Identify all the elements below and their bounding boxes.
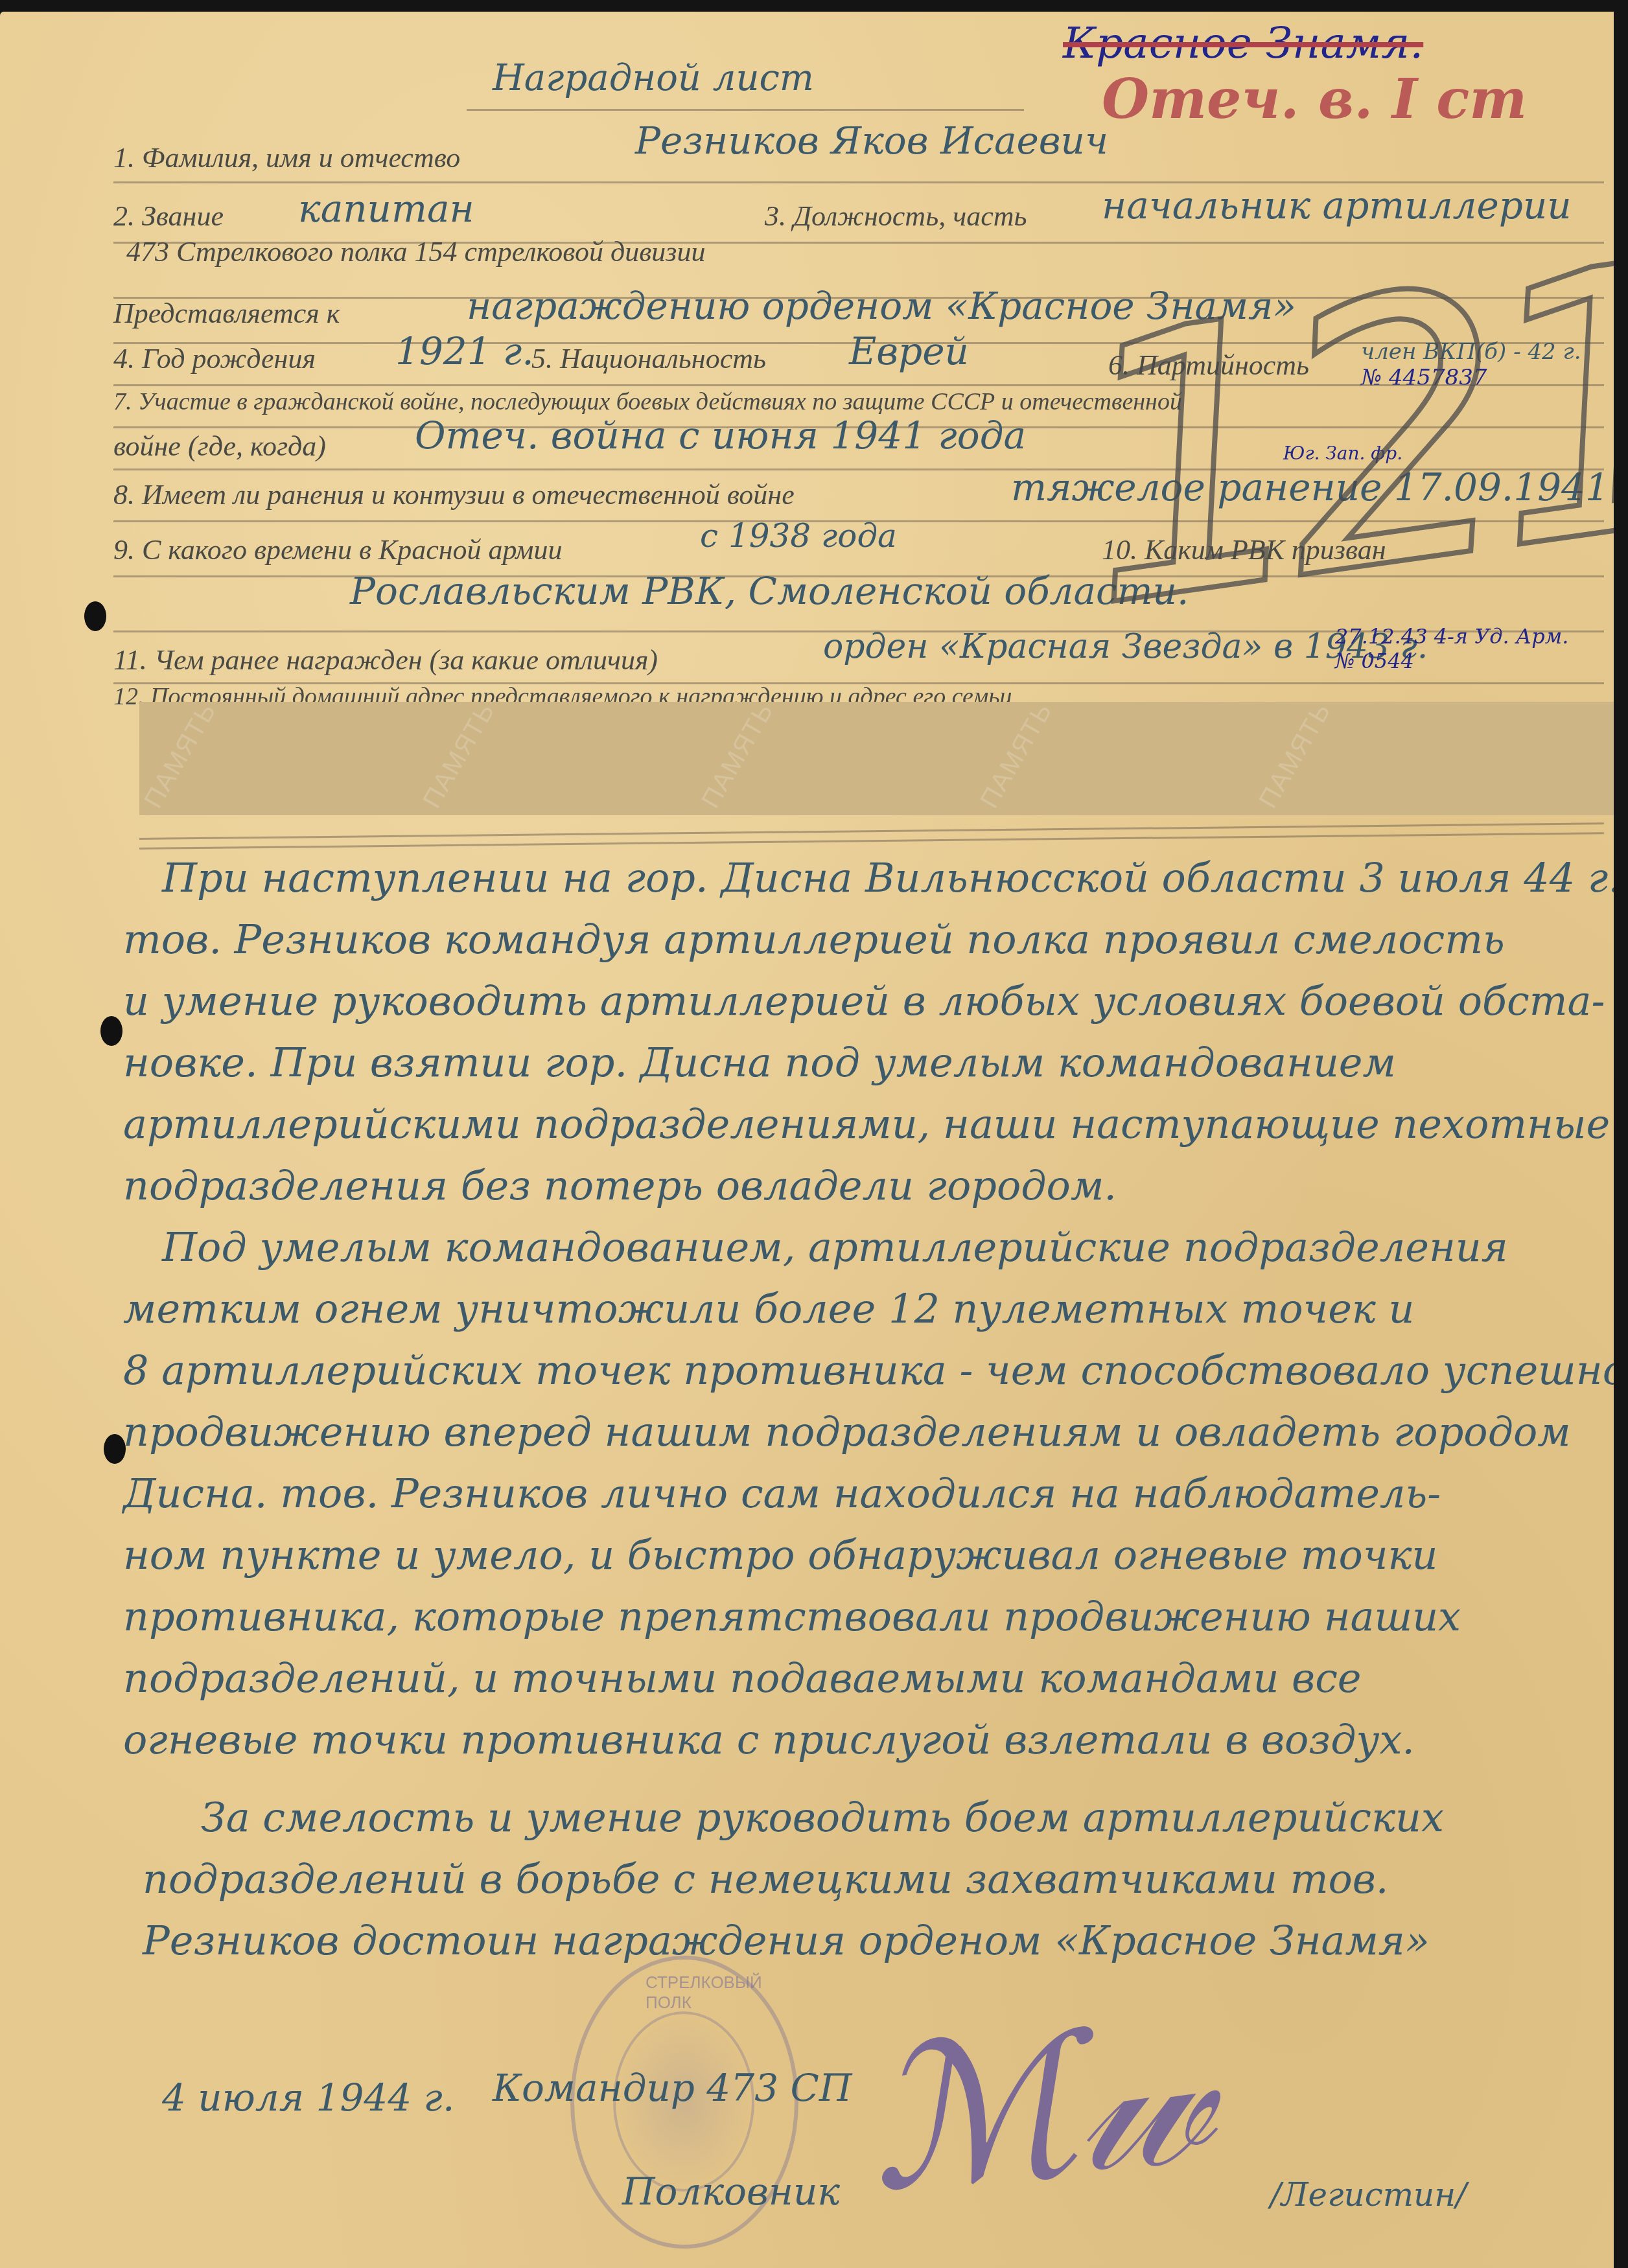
unit-value: 473 Стрелкового полка 154 стрелковой див…	[126, 235, 705, 268]
watermark: ПАМЯТЬ НАРОДА	[418, 702, 562, 813]
commander-rank: Полковник	[622, 2170, 840, 2214]
field-4-value: 1921 г.	[395, 329, 534, 373]
watermark: ПАМЯТЬ НАРОДА	[975, 702, 1119, 813]
narrative-line: подразделений в борьбе с немецкими захва…	[143, 1855, 1389, 1903]
narrative-line: продвижению вперед нашим подразделениям …	[123, 1408, 1571, 1455]
narrative-line: Под умелым командованием, артиллерийские…	[162, 1223, 1508, 1271]
title-underline	[467, 109, 1024, 111]
document-page: Наградной лист Красное Знамя. Отеч. в. I…	[0, 12, 1614, 2268]
narrative-line: тов. Резников командуя артиллерией полка…	[123, 916, 1505, 963]
field-5-value: Еврей	[849, 329, 969, 373]
field-9-label: 9. С какого времени в Красной армии	[113, 533, 562, 566]
field-7-label-cont: войне (где, когда)	[113, 430, 326, 463]
scan-border-right	[1614, 0, 1628, 2268]
narrative-line: артиллерийскими подразделениями, наши на…	[123, 1100, 1610, 1148]
narrative-line: Резников достоин награждения орденом «Кр…	[143, 1917, 1430, 1964]
field-8-label: 8. Имеет ли ранения и контузии в отечест…	[113, 478, 795, 511]
narrative-line: новке. При взятии гор. Дисна под умелым …	[123, 1039, 1396, 1086]
commander-position: Командир 473 СП	[493, 2066, 852, 2110]
annotation-red-pencil: Отеч. в. I ст	[1102, 67, 1527, 131]
field-4-label: 4. Год рождения	[113, 342, 316, 375]
watermark: ПАМЯТЬ НАРОДА	[139, 702, 283, 813]
nomination-label: Представляется к	[113, 297, 340, 330]
narrative-line: и умение руководить артиллерией в любых …	[123, 977, 1605, 1024]
punch-hole	[104, 1434, 126, 1464]
form-rule	[139, 832, 1604, 850]
commander-name: /Легистин/	[1270, 2176, 1467, 2214]
punch-hole	[84, 601, 106, 631]
field-2-label: 2. Звание	[113, 200, 224, 233]
stamp-text: СТРЕЛКОВЫЙ ПОЛК	[645, 1973, 795, 2013]
narrative-line: Дисна. тов. Резников лично сам находился…	[123, 1470, 1441, 1517]
redacted-address-block: ПАМЯТЬ НАРОДА ПАМЯТЬ НАРОДА ПАМЯТЬ НАРОД…	[139, 702, 1623, 815]
punch-hole	[100, 1016, 122, 1046]
narrative-line: противника, которые препятствовали продв…	[123, 1593, 1461, 1640]
commander-signature: ℳ𝓌	[859, 1980, 1220, 2238]
form-rule	[139, 822, 1604, 840]
field-10-value: Рославльским РВК, Смоленской области.	[350, 569, 1189, 613]
field-7-label: 7. Участие в гражданской войне, последую…	[113, 388, 1182, 416]
field-9-value: с 1938 года	[700, 517, 897, 555]
signing-date: 4 июля 1944 г.	[162, 2076, 454, 2120]
document-title: Наградной лист	[493, 57, 814, 99]
narrative-line: 8 артиллерийских точек противника - чем …	[123, 1347, 1627, 1394]
narrative-line: подразделений, и точными подаваемыми ком…	[123, 1654, 1362, 1702]
field-3-label: 3. Должность, часть	[765, 200, 1027, 233]
scan-border-top	[0, 0, 1628, 12]
field-11-label: 11. Чем ранее награжден (за какие отличи…	[113, 643, 658, 677]
narrative-line: подразделения без потерь овладели городо…	[123, 1162, 1117, 1209]
narrative-line: огневые точки противника с прислугой взл…	[123, 1716, 1415, 1763]
narrative-line: За смелость и умение руководить боем арт…	[201, 1794, 1444, 1841]
field-2-value: капитан	[298, 187, 474, 231]
watermark: ПАМЯТЬ НАРОДА	[1254, 702, 1398, 813]
narrative-line: ном пункте и умело, и быстро обнаруживал…	[123, 1531, 1437, 1579]
pencil-number-121: 121	[1049, 185, 1628, 689]
narrative-line: метким огнем уничтожили более 12 пулемет…	[123, 1285, 1415, 1332]
field-1-label: 1. Фамилия, имя и отчество	[113, 141, 460, 174]
annotation-blue-pen: Красное Знамя.	[1063, 18, 1423, 68]
field-7-value: Отеч. война с июня 1941 года	[415, 413, 1026, 457]
field-5-label: 5. Национальность	[531, 342, 766, 375]
narrative-line: При наступлении на гор. Дисна Вильнюсско…	[162, 854, 1621, 901]
field-1-value: Резников Яков Исаевич	[635, 119, 1108, 163]
watermark: ПАМЯТЬ НАРОДА	[697, 702, 841, 813]
